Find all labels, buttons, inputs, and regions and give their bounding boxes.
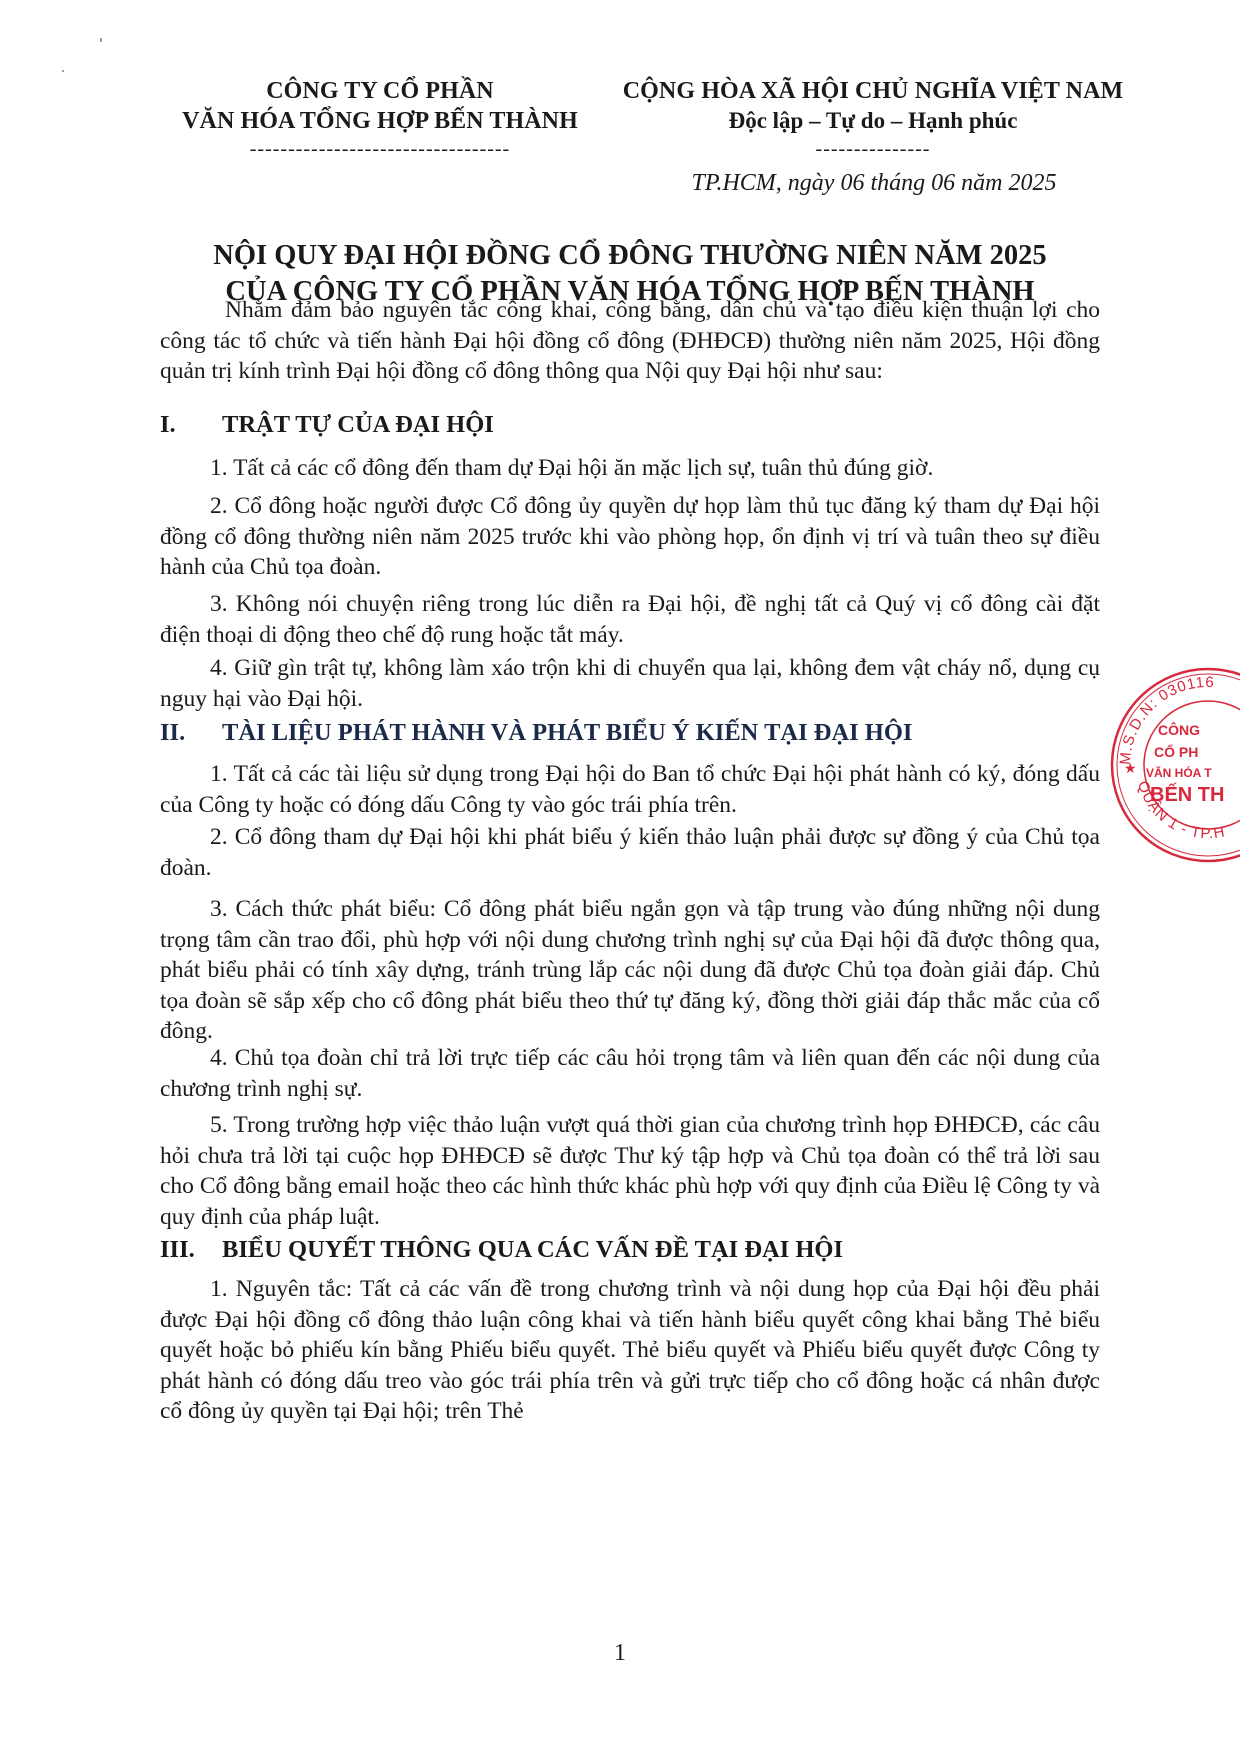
company-seal-icon: M.S.D.N: 030116 QUẬN 1 - TP.H ★ CÔNG CỔ … <box>1108 665 1240 865</box>
list-item: 2. Cổ đông tham dự Đại hội khi phát biểu… <box>160 822 1100 883</box>
scan-speck <box>100 38 102 42</box>
list-item: 5. Trong trường hợp việc thảo luận vượt … <box>160 1110 1100 1232</box>
section-heading-1: I.TRẬT TỰ CỦA ĐẠI HỘI <box>160 410 494 440</box>
section-title: TRẬT TỰ CỦA ĐẠI HỘI <box>222 411 494 438</box>
svg-text:★: ★ <box>1124 760 1137 776</box>
list-item: 4. Chủ tọa đoàn chỉ trả lời trực tiếp cá… <box>160 1043 1100 1104</box>
svg-text:CÔNG: CÔNG <box>1158 721 1200 738</box>
title-line-1: NỘI QUY ĐẠI HỘI ĐỒNG CỔ ĐÔNG THƯỜNG NIÊN… <box>150 238 1110 274</box>
svg-text:BẾN TH: BẾN TH <box>1150 783 1224 806</box>
scan-speck <box>62 70 64 72</box>
company-line-2: VĂN HÓA TỔNG HỢP BẾN THÀNH <box>160 106 600 136</box>
list-item: 3. Không nói chuyện riêng trong lúc diễn… <box>160 589 1100 650</box>
page-number: 1 <box>600 1640 640 1667</box>
company-header: CÔNG TY CỔ PHẦN VĂN HÓA TỔNG HỢP BẾN THÀ… <box>160 76 600 160</box>
list-item: 4. Giữ gìn trật tự, không làm xáo trộn k… <box>160 653 1100 714</box>
section-number: III. <box>160 1235 222 1265</box>
company-divider: ---------------------------------- <box>160 138 600 160</box>
list-item: 1. Tất cả các cổ đông đến tham dự Đại hộ… <box>160 453 1100 484</box>
nation-line-1: CỘNG HÒA XÃ HỘI CHỦ NGHĨA VIỆT NAM <box>608 76 1138 106</box>
section-title: TÀI LIỆU PHÁT HÀNH VÀ PHÁT BIỂU Ý KIẾN T… <box>222 719 912 746</box>
nation-motto: Độc lập – Tự do – Hạnh phúc <box>608 106 1138 136</box>
document-date: TP.HCM, ngày 06 tháng 06 năm 2025 <box>608 170 1140 197</box>
svg-text:VĂN HÓA T: VĂN HÓA T <box>1146 765 1212 780</box>
nation-divider: --------------- <box>608 138 1138 160</box>
section-heading-2: II.TÀI LIỆU PHÁT HÀNH VÀ PHÁT BIỂU Ý KIẾ… <box>160 718 912 748</box>
document-page: CÔNG TY CỔ PHẦN VĂN HÓA TỔNG HỢP BẾN THÀ… <box>0 0 1240 1754</box>
list-item: 1. Tất cả các tài liệu sử dụng trong Đại… <box>160 759 1100 820</box>
list-item: 3. Cách thức phát biểu: Cổ đông phát biể… <box>160 894 1100 1047</box>
list-item: 2. Cổ đông hoặc người được Cổ đông ủy qu… <box>160 491 1100 583</box>
section-number: II. <box>160 718 222 748</box>
company-line-1: CÔNG TY CỔ PHẦN <box>160 76 600 106</box>
section-title: BIỂU QUYẾT THÔNG QUA CÁC VẤN ĐỀ TẠI ĐẠI … <box>222 1236 843 1263</box>
svg-text:CỔ PH: CỔ PH <box>1154 743 1198 760</box>
section-number: I. <box>160 410 222 440</box>
intro-paragraph: Nhằm đảm bảo nguyên tắc công khai, công … <box>160 295 1100 387</box>
section-heading-3: III.BIỂU QUYẾT THÔNG QUA CÁC VẤN ĐỀ TẠI … <box>160 1235 843 1265</box>
list-item: 1. Nguyên tắc: Tất cả các vấn đề trong c… <box>160 1274 1100 1427</box>
nation-header: CỘNG HÒA XÃ HỘI CHỦ NGHĨA VIỆT NAM Độc l… <box>608 76 1138 160</box>
